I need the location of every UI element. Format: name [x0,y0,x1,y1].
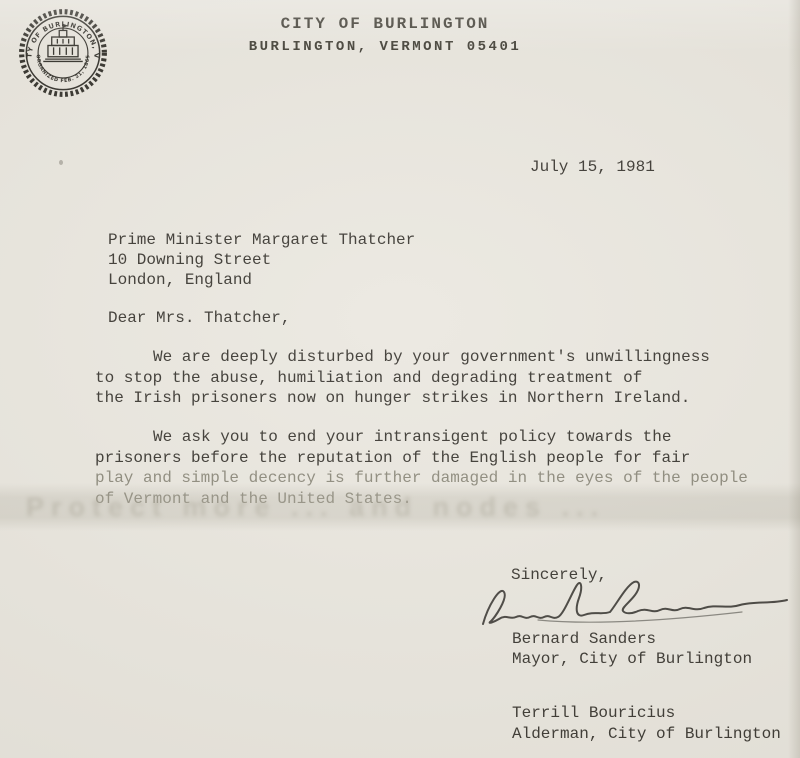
org-name: CITY OF BURLINGTON [225,15,545,33]
cosigner-title: Alderman, City of Burlington [512,724,781,745]
salutation: Dear Mrs. Thatcher, [108,309,290,327]
cosigner-name: Terrill Bouricius [512,703,781,724]
signer-block: Bernard Sanders Mayor, City of Burlingto… [512,629,752,669]
recipient-address-block: Prime Minister Margaret Thatcher 10 Down… [108,230,415,290]
body-line: to stop the abuse, humiliation and degra… [95,368,795,389]
scanned-letter-page: CITY OF BURLINGTON, VT. ORGANIZED FEB. 2… [0,0,800,758]
signature-bernard-sanders [480,577,792,635]
ghost-bleedthrough-text: Protect more ... and nodes ... [26,492,796,523]
signer-name: Bernard Sanders [512,629,752,649]
paper-speck [59,160,63,165]
body-paragraph-1: We are deeply disturbed by your governme… [95,347,795,409]
body-line: We are deeply disturbed by your governme… [95,347,795,368]
date-line: July 15, 1981 [530,158,655,176]
recipient-line: 10 Downing Street [108,250,415,270]
city-of-burlington-seal: CITY OF BURLINGTON, VT. ORGANIZED FEB. 2… [16,6,110,100]
body-line: the Irish prisoners now on hunger strike… [95,388,795,409]
letterhead: CITY OF BURLINGTON BURLINGTON, VERMONT 0… [225,15,545,55]
org-address: BURLINGTON, VERMONT 05401 [225,39,545,55]
recipient-line: London, England [108,270,415,290]
paper-edge-shadow [788,0,800,758]
body-line: We ask you to end your intransigent poli… [95,427,795,448]
recipient-line: Prime Minister Margaret Thatcher [108,230,415,250]
signer-title: Mayor, City of Burlington [512,649,752,669]
cosigner-block: Terrill Bouricius Alderman, City of Burl… [512,703,781,745]
body-line: prisoners before the reputation of the E… [95,448,795,469]
